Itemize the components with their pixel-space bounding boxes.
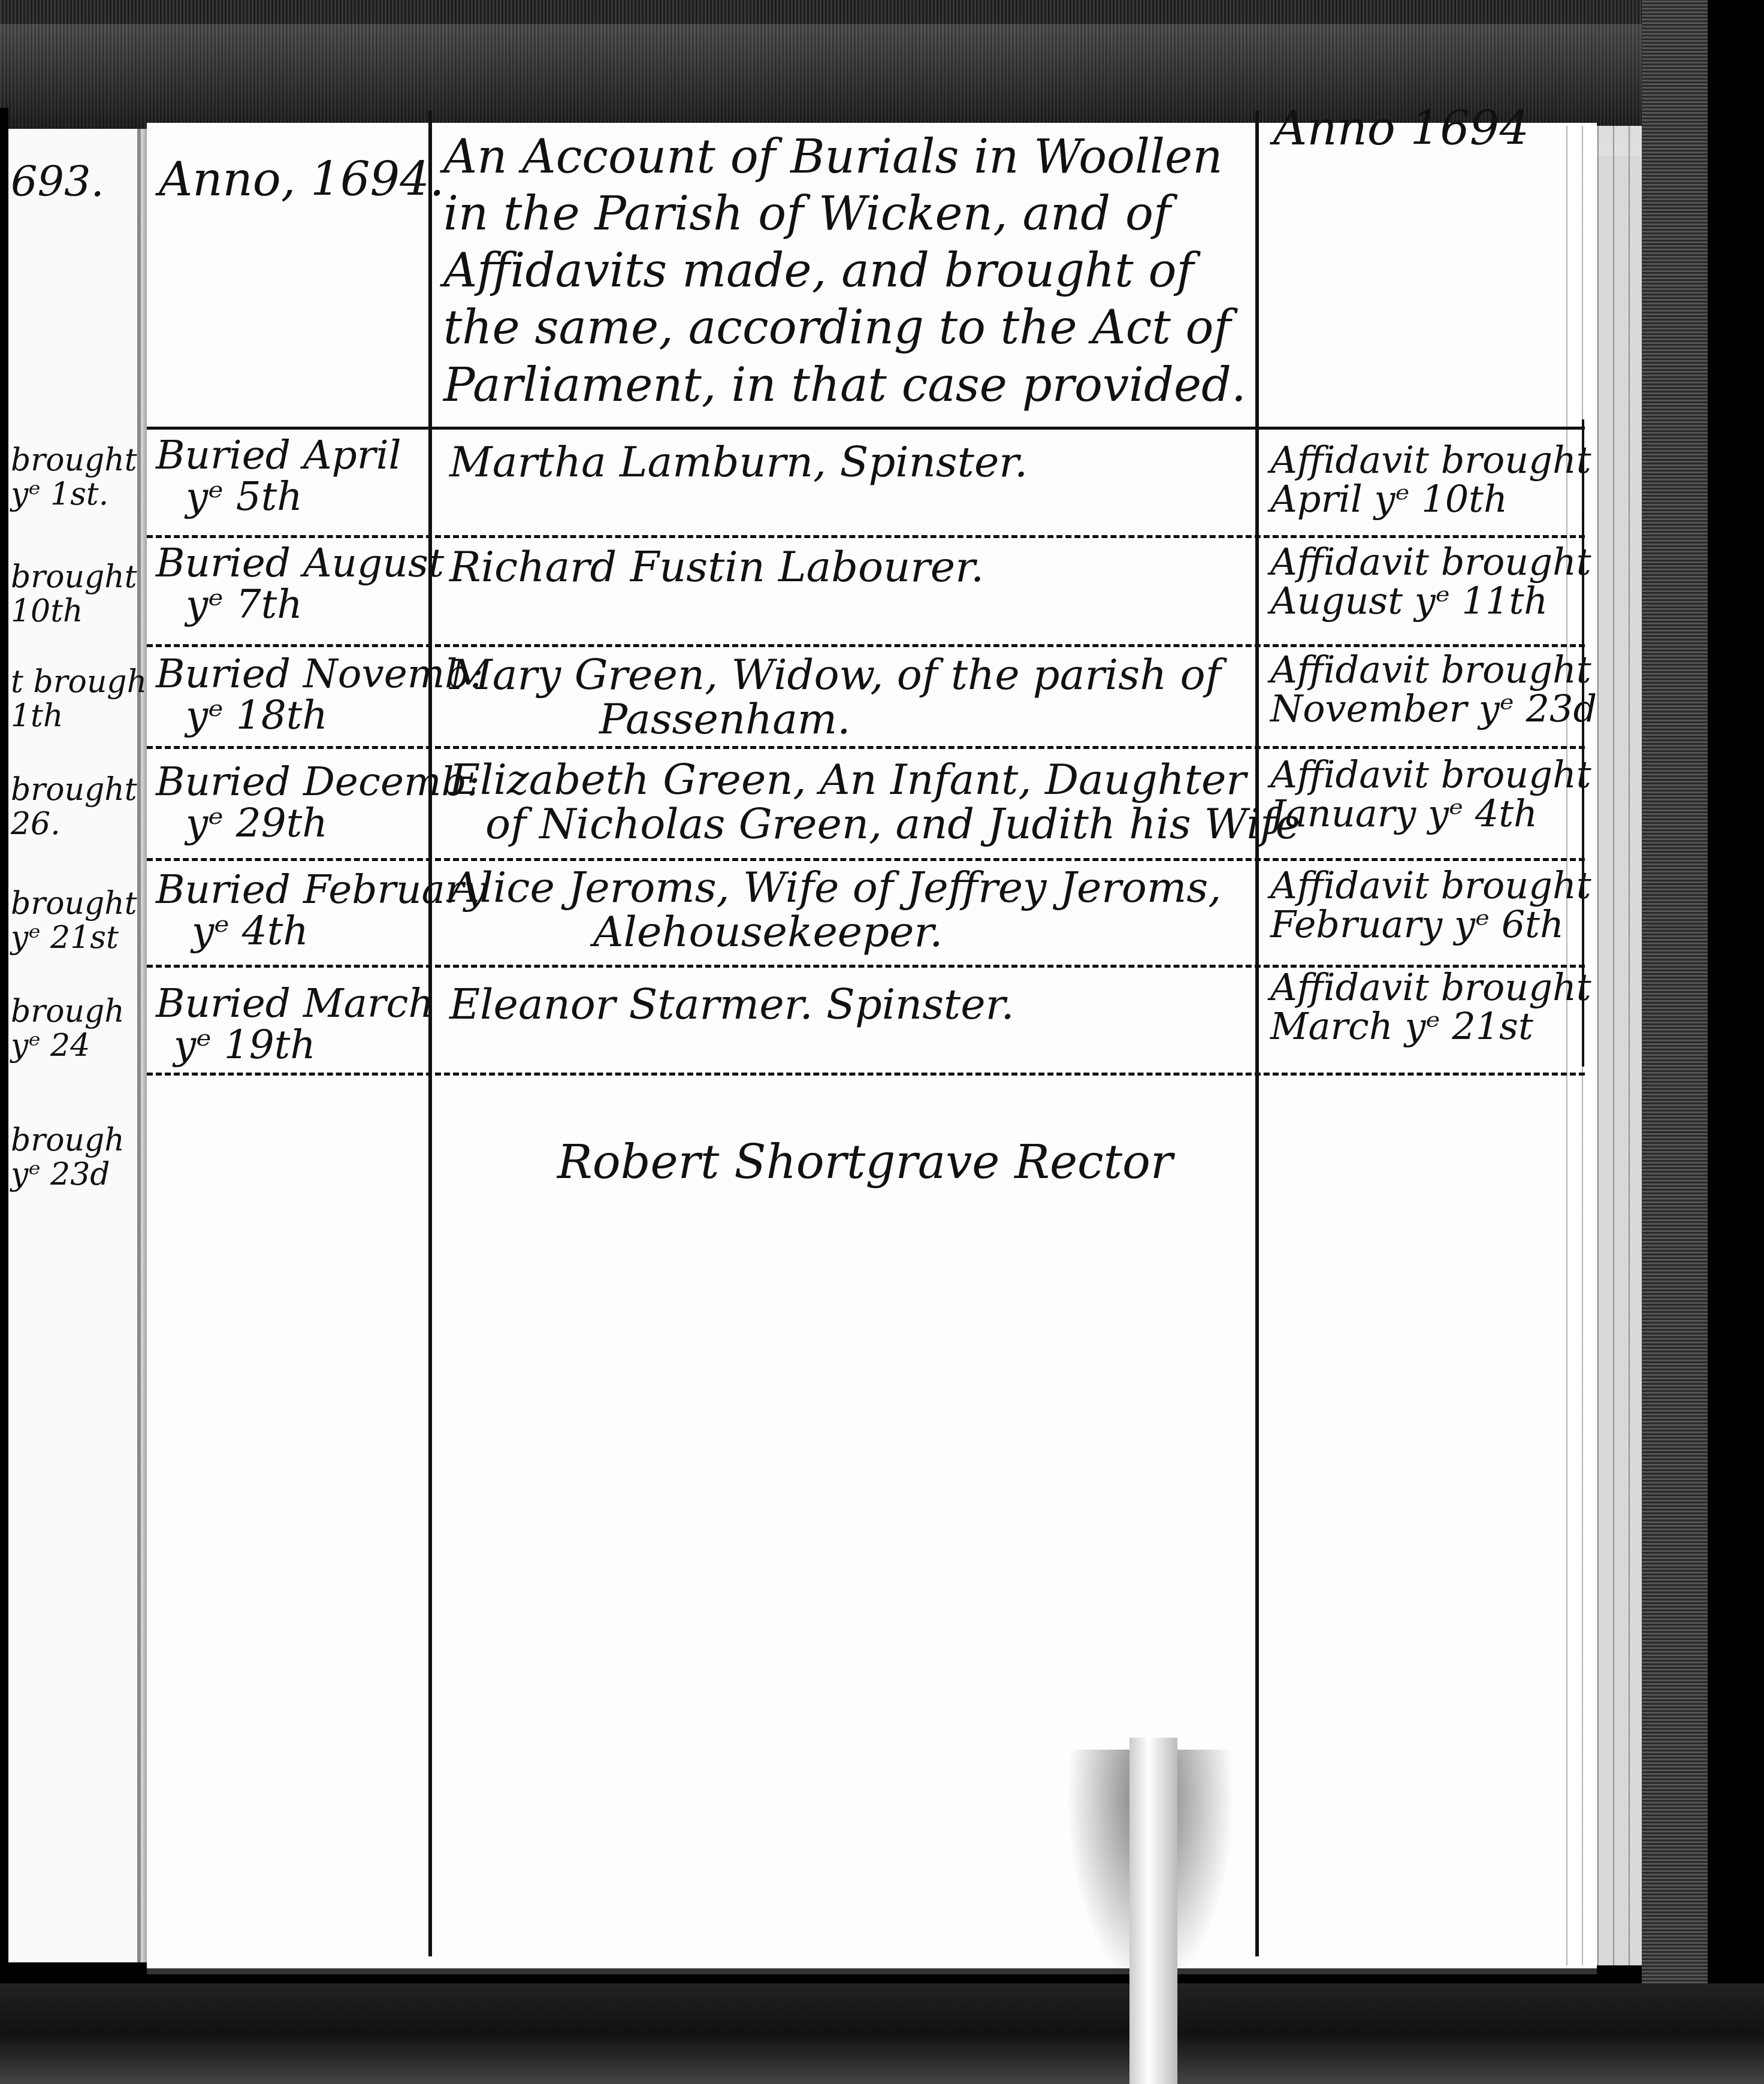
- affidavit-5: Affidavit brought February yᵉ 6th: [1270, 866, 1591, 944]
- deceased-name-cont: Passenham.: [449, 697, 1221, 742]
- burial-name-4: Elizabeth Green, An Infant, Daughter of …: [449, 758, 1300, 846]
- burial-date-5: Buried February yᵉ 4th: [156, 869, 487, 952]
- row-rule: [147, 1073, 1585, 1076]
- burial-day: yᵉ 18th: [156, 694, 484, 736]
- affidavit-2: Affidavit brought August yᵉ 11th: [1270, 542, 1591, 620]
- burial-day: yᵉ 4th: [156, 910, 487, 952]
- affidavit-3: Affidavit brought November yᵉ 23d: [1270, 650, 1597, 728]
- previous-entry-line2: 1th: [11, 699, 159, 733]
- previous-entry-line2: yᵉ 23d: [11, 1158, 125, 1192]
- burial-name-5: Alice Jeroms, Wife of Jeffrey Jeroms, Al…: [449, 866, 1222, 954]
- deceased-name: Mary Green, Widow, of the parish of: [449, 653, 1221, 697]
- affidavit-6: Affidavit brought March yᵉ 21st: [1270, 968, 1591, 1046]
- burial-day: yᵉ 7th: [156, 584, 444, 625]
- affidavit-1: Affidavit brought April yᵉ 10th: [1270, 440, 1591, 518]
- left-column-year-header: Anno, 1694.: [159, 156, 445, 205]
- burial-name-1: Martha Lamburn, Spinster.: [449, 440, 1028, 485]
- deceased-name: Elizabeth Green, An Infant, Daughter: [449, 758, 1300, 802]
- header-rule: [147, 427, 1585, 430]
- previous-entry-line1: brought: [11, 443, 137, 478]
- previous-entry-7: brough yᵉ 23d: [11, 1123, 125, 1192]
- burial-month: Buried April: [156, 434, 401, 476]
- deceased-name: Richard Fustin Labourer.: [449, 545, 984, 590]
- deceased-name: Alice Jeroms, Wife of Jeffrey Jeroms,: [449, 866, 1222, 910]
- affidavit-date: November yᵉ 23d: [1270, 689, 1597, 728]
- burial-day: yᵉ 19th: [156, 1024, 434, 1065]
- row-rule: [147, 746, 1585, 749]
- previous-entry-line1: brought: [11, 560, 137, 594]
- affidavit-date: April yᵉ 10th: [1270, 479, 1591, 518]
- burial-day: yᵉ 29th: [156, 802, 480, 844]
- book-board-bottom: [0, 1983, 1764, 2084]
- affidavit-label: Affidavit brought: [1270, 755, 1591, 794]
- previous-entry-line1: brough: [11, 1123, 125, 1158]
- previous-entry-line2: yᵉ 21st: [11, 921, 137, 955]
- previous-page-year: 693.: [11, 159, 104, 205]
- burial-date-3: Buried Novemb: yᵉ 18th: [156, 653, 484, 736]
- affidavit-date: January yᵉ 4th: [1270, 794, 1591, 833]
- burial-month: Buried August: [156, 542, 444, 584]
- burial-day: yᵉ 5th: [156, 476, 401, 517]
- register-heading: An Account of Burials in Woollen in the …: [443, 129, 1282, 414]
- previous-entry-line2: 26.: [11, 807, 137, 841]
- row-rule: [147, 644, 1585, 647]
- previous-entry-1: brought yᵉ 1st.: [11, 443, 137, 512]
- burial-month: Buried March: [156, 983, 434, 1024]
- deceased-name: Martha Lamburn, Spinster.: [449, 440, 1028, 485]
- affidavit-label: Affidavit brought: [1270, 968, 1591, 1007]
- burial-date-6: Buried March yᵉ 19th: [156, 983, 434, 1066]
- burial-date-1: Buried April yᵉ 5th: [156, 434, 401, 518]
- burial-month: Buried Decemb:: [156, 761, 480, 802]
- right-column-year-header: Anno 1694: [1273, 105, 1529, 154]
- previous-entry-3: t brought 1th: [11, 665, 159, 733]
- previous-entry-4: brought 26.: [11, 773, 137, 841]
- previous-entry-2: brought 10th: [11, 560, 137, 629]
- deceased-name-cont: Alehousekeeper.: [449, 910, 1222, 955]
- previous-entry-line1: brough: [11, 995, 125, 1029]
- burial-name-2: Richard Fustin Labourer.: [449, 545, 984, 590]
- deceased-name: Eleanor Starmer. Spinster.: [449, 983, 1014, 1027]
- previous-entry-line1: brought: [11, 887, 137, 921]
- bookmark-ribbon: [1129, 1738, 1177, 2084]
- affidavit-4: Affidavit brought January yᵉ 4th: [1270, 755, 1591, 833]
- affidavit-date: March yᵉ 21st: [1270, 1007, 1591, 1046]
- burial-date-2: Buried August yᵉ 7th: [156, 542, 444, 626]
- affidavit-date: August yᵉ 11th: [1270, 581, 1591, 620]
- row-rule: [147, 535, 1585, 538]
- scan-border-right: [1708, 0, 1764, 2084]
- previous-entry-line1: t brought: [11, 665, 159, 699]
- affidavit-label: Affidavit brought: [1270, 650, 1597, 689]
- row-rule: [147, 858, 1585, 861]
- deceased-name-cont: of Nicholas Green, and Judith his Wife: [449, 802, 1300, 847]
- previous-entry-line1: brought: [11, 773, 137, 807]
- previous-entry-line2: 10th: [11, 594, 137, 629]
- previous-entry-line2: yᵉ 1st.: [11, 478, 137, 512]
- rector-signature: Robert Shortgrave Rector: [557, 1138, 1173, 1188]
- previous-entry-line2: yᵉ 24: [11, 1029, 125, 1063]
- previous-entry-5: brought yᵉ 21st: [11, 887, 137, 955]
- book-board-right: [1642, 0, 1708, 2084]
- burial-date-4: Buried Decemb: yᵉ 29th: [156, 761, 480, 844]
- affidavit-label: Affidavit brought: [1270, 866, 1591, 905]
- affidavit-date: February yᵉ 6th: [1270, 905, 1591, 944]
- burial-month: Buried Novemb:: [156, 653, 484, 694]
- burial-name-6: Eleanor Starmer. Spinster.: [449, 983, 1014, 1027]
- burial-name-3: Mary Green, Widow, of the parish of Pass…: [449, 653, 1221, 741]
- previous-entry-6: brough yᵉ 24: [11, 995, 125, 1063]
- affidavit-label: Affidavit brought: [1270, 440, 1591, 479]
- affidavit-label: Affidavit brought: [1270, 542, 1591, 581]
- scan-border-left: [0, 108, 8, 2084]
- burial-month: Buried February: [156, 869, 487, 910]
